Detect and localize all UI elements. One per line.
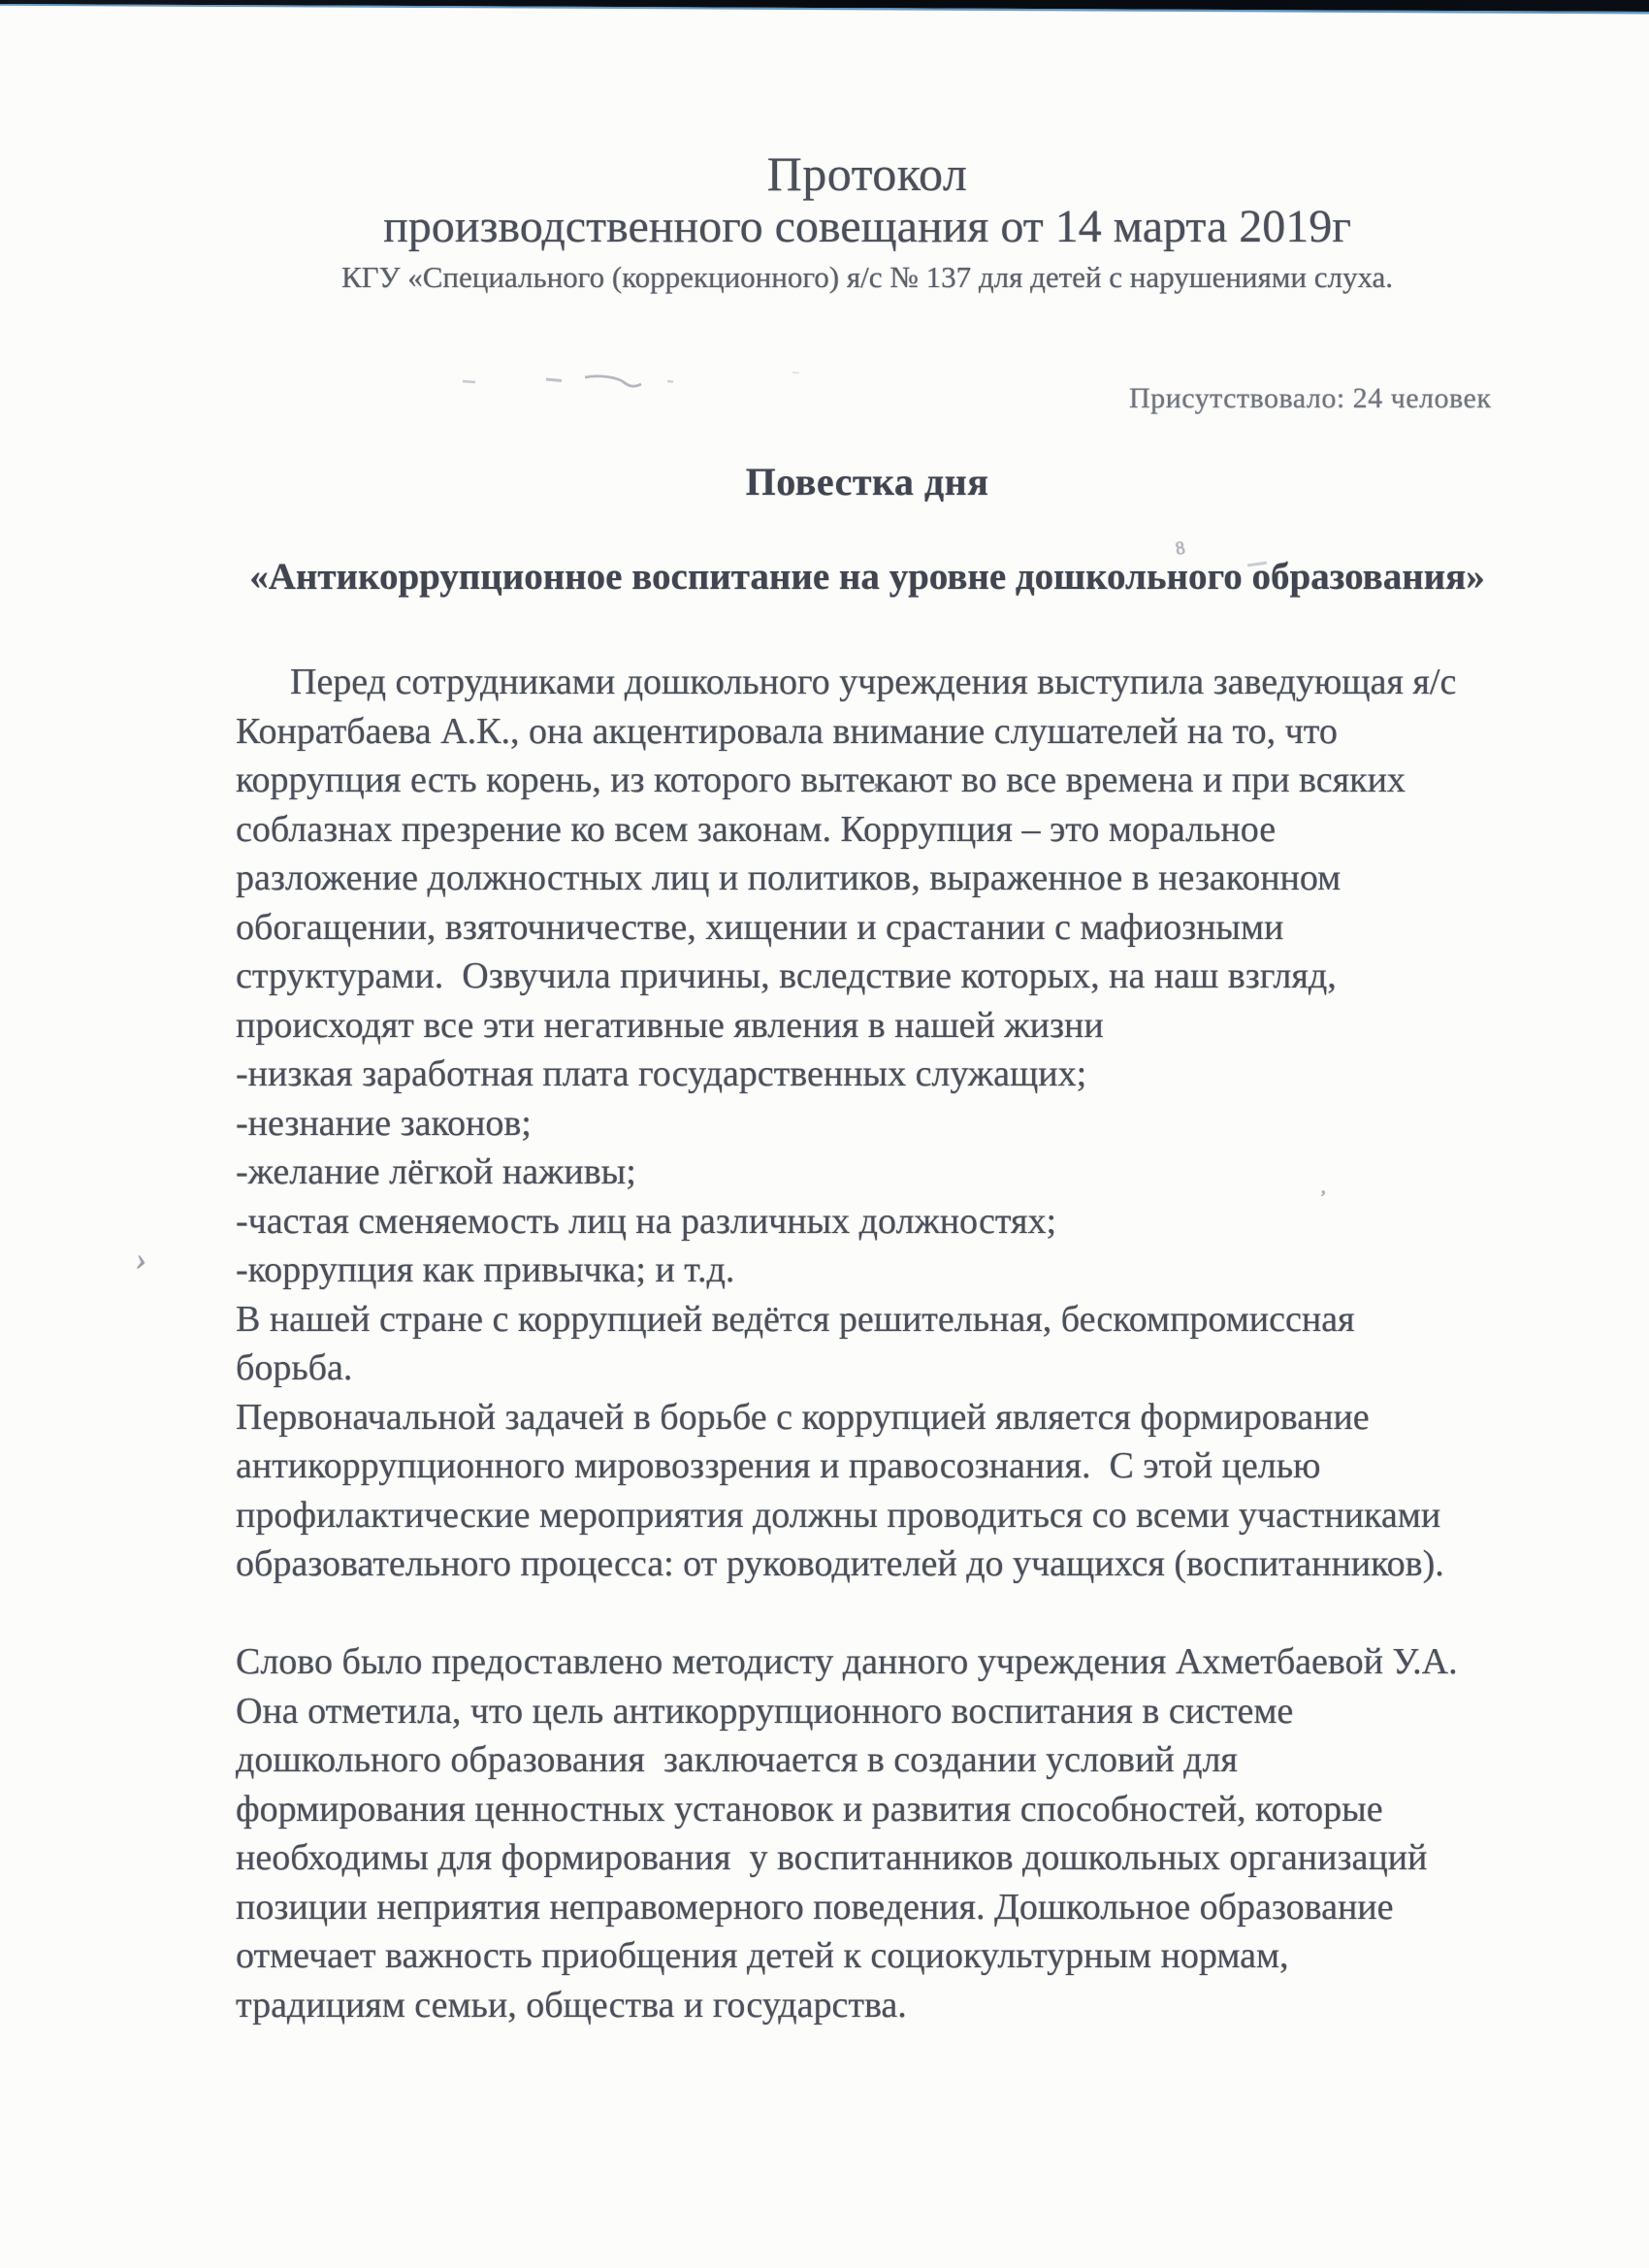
body-text: образовательного процесса: от руководите… — [236, 1543, 1444, 1584]
body-text: Первоначальной задачей в борьбе с корруп… — [236, 1397, 1370, 1438]
body-text: борьба. — [236, 1347, 352, 1388]
body-text: разложение должностных лиц и политиков, … — [236, 858, 1341, 898]
body-text-line: -желание лёгкой наживы; — [236, 1148, 1526, 1197]
body-text: обогащении, взяточничестве, хищении и ср… — [236, 907, 1283, 948]
document-body: Перед сотрудниками дошкольного учреждени… — [236, 658, 1526, 2029]
body-text: -желание лёгкой наживы; — [236, 1151, 636, 1192]
body-text-line: структурами. Озвучила причины, вследстви… — [236, 952, 1526, 1001]
body-text-line: отмечает важность приобщения детей к соц… — [236, 1931, 1526, 1981]
body-text: позиции неприятия неправомерного поведен… — [236, 1887, 1394, 1928]
body-text: соблазнах презрение ко всем законам. Кор… — [236, 809, 1276, 850]
scan-speck: ’ — [1318, 1187, 1327, 1209]
body-text: профилактические мероприятия должны пров… — [236, 1495, 1440, 1536]
pencil-mark: › — [134, 1243, 149, 1277]
topic-heading: «Антикоррупционное воспитание на уровне … — [236, 555, 1499, 599]
body-text-line: обогащении, взяточничестве, хищении и ср… — [236, 903, 1526, 953]
document-title: Протокол — [236, 146, 1499, 202]
body-text: Конратбаева А.К., она акцентировала вним… — [236, 711, 1338, 752]
body-text-line — [236, 1589, 1526, 1638]
body-text: -низкая заработная плата государственных… — [236, 1053, 1086, 1094]
body-text: Слово было предоставлено методисту данно… — [236, 1641, 1458, 1682]
body-text-line: -низкая заработная плата государственных… — [236, 1050, 1526, 1099]
body-text-line: Она отметила, что цель антикоррупционног… — [236, 1687, 1526, 1736]
body-text-line: Первоначальной задачей в борьбе с корруп… — [236, 1393, 1526, 1442]
body-text: формирования ценностных установок и разв… — [236, 1789, 1383, 1830]
body-text: -незнание законов; — [236, 1103, 532, 1144]
body-text-line: формирования ценностных установок и разв… — [236, 1785, 1526, 1834]
body-text: -частая сменяемость лиц на различных дол… — [236, 1201, 1056, 1242]
body-text-line: образовательного процесса: от руководите… — [236, 1539, 1526, 1589]
body-text: коррупция есть корень, из которого вытек… — [236, 760, 1406, 800]
body-text: происходят все эти негативные явления в … — [236, 1005, 1104, 1046]
body-text: традициям семьи, общества и государства. — [236, 1985, 907, 2025]
body-text: дошкольного образования заключается в со… — [236, 1739, 1238, 1780]
body-text-line: традициям семьи, общества и государства. — [236, 1981, 1526, 2030]
body-text: антикоррупционного мировоззрения и право… — [236, 1445, 1320, 1486]
erased-pencil-smudge — [441, 361, 829, 400]
document-title-line2: производственного совещания от 14 марта … — [236, 200, 1499, 253]
attendance-note: Присутствовало: 24 человек — [1129, 382, 1491, 415]
body-text-line: -незнание законов; — [236, 1099, 1526, 1149]
body-text-line: разложение должностных лиц и политиков, … — [236, 854, 1526, 903]
body-text-line: Перед сотрудниками дошкольного учреждени… — [236, 658, 1526, 707]
body-text: В нашей стране с коррупцией ведётся реши… — [236, 1299, 1355, 1340]
body-text-line: необходимы для формирования у воспитанни… — [236, 1833, 1526, 1883]
body-text: Перед сотрудниками дошкольного учреждени… — [290, 662, 1456, 702]
body-text-line: позиции неприятия неправомерного поведен… — [236, 1883, 1526, 1932]
body-text: -коррупция как привычка; и т.д. — [236, 1249, 734, 1290]
body-text-line: В нашей стране с коррупцией ведётся реши… — [236, 1295, 1526, 1345]
agenda-heading: Повестка дня — [236, 459, 1499, 504]
body-text-line: борьба. — [236, 1344, 1526, 1393]
scan-speck: 8 — [1174, 538, 1186, 558]
body-text-line: -коррупция как привычка; и т.д. — [236, 1246, 1526, 1295]
body-text-line: соблазнах презрение ко всем законам. Кор… — [236, 805, 1526, 855]
body-text-line: происходят все эти негативные явления в … — [236, 1001, 1526, 1051]
body-text-line: профилактические мероприятия должны пров… — [236, 1491, 1526, 1540]
body-text: необходимы для формирования у воспитанни… — [236, 1837, 1427, 1878]
body-text-line: антикоррупционного мировоззрения и право… — [236, 1442, 1526, 1491]
body-text: отмечает важность приобщения детей к соц… — [236, 1935, 1289, 1976]
body-text: Она отметила, что цель антикоррупционног… — [236, 1691, 1293, 1732]
organization-line: КГУ «Специального (коррекционного) я/с №… — [236, 260, 1499, 295]
scanned-document-page: Протокол производственного совещания от … — [0, 0, 1649, 2268]
body-text-line: Слово было предоставлено методисту данно… — [236, 1637, 1526, 1687]
body-text: структурами. Озвучила причины, вследстви… — [236, 956, 1337, 996]
body-text-line: дошкольного образования заключается в со… — [236, 1735, 1526, 1785]
body-text-line: Конратбаева А.К., она акцентировала вним… — [236, 707, 1526, 757]
body-text-line: -частая сменяемость лиц на различных дол… — [236, 1197, 1526, 1247]
